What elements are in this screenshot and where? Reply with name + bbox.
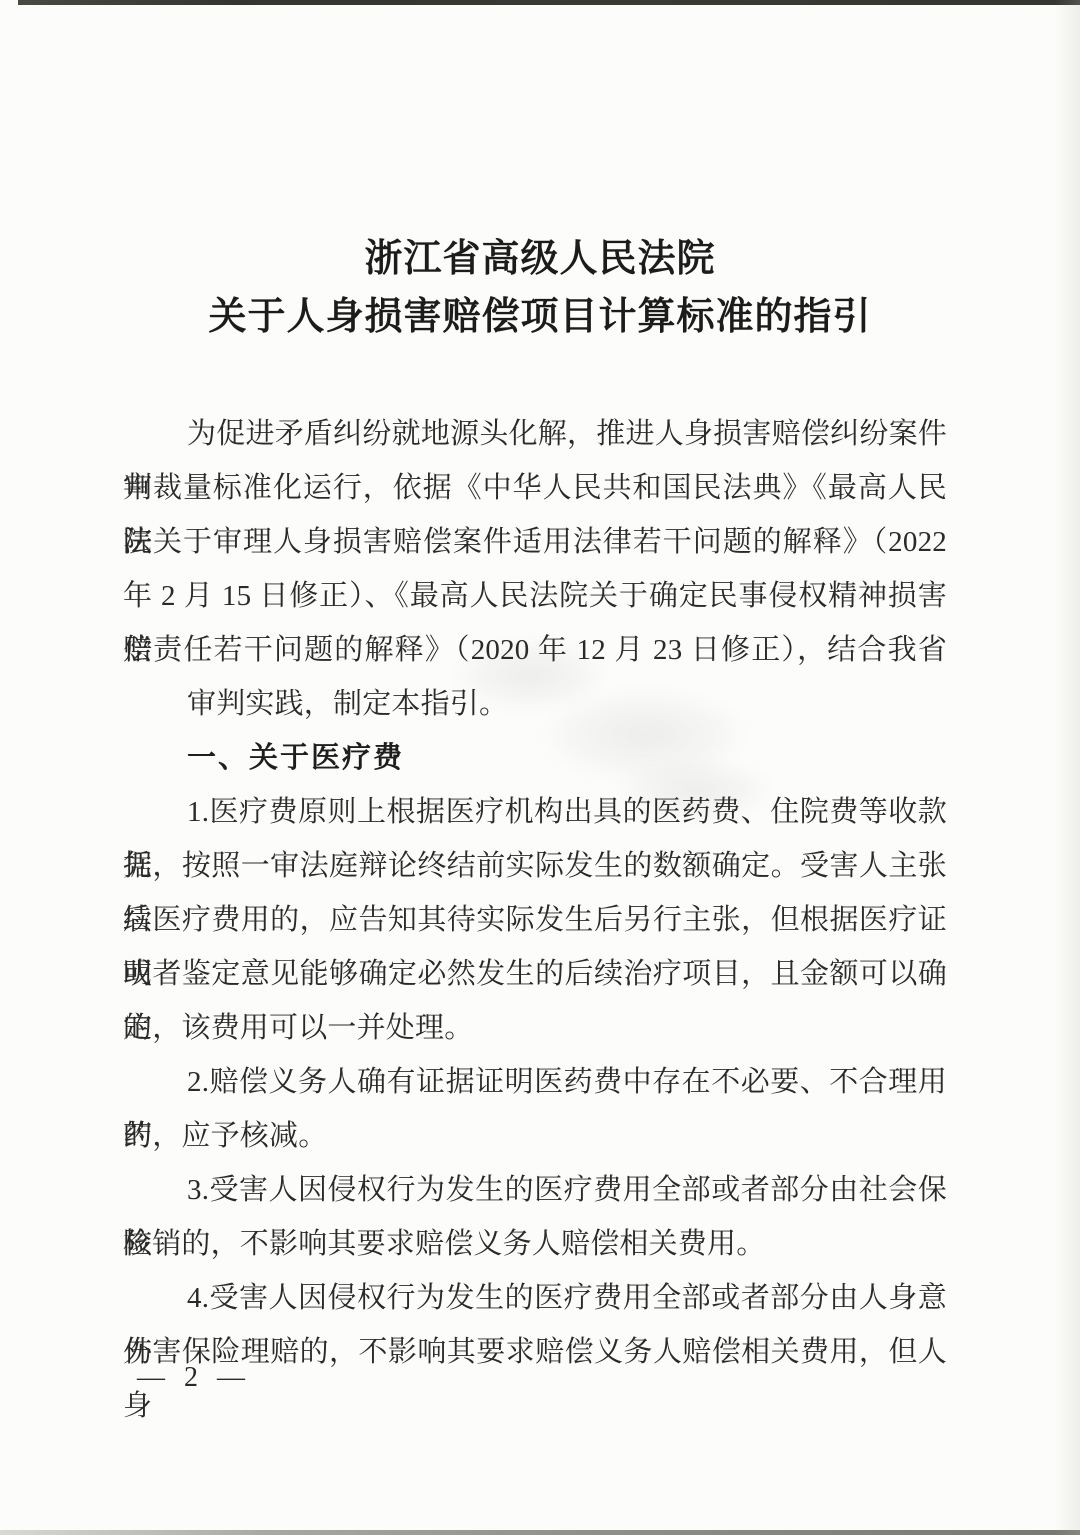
body-line: 4.受害人因侵权行为发生的医疗费用全部或者部分由人身意外: [123, 1271, 947, 1325]
body-line: 的，该费用可以一并处理。: [123, 1001, 947, 1055]
scan-artifact-top-edge: [18, 0, 1080, 5]
document-body: 为促进矛盾纠纷就地源头化解，推进人身损害赔偿纠纷案件审 判裁量标准化运行，依据《…: [123, 407, 947, 1379]
body-line: 院关于审理人身损害赔偿案件适用法律若干问题的解释》（2022: [123, 515, 947, 569]
body-line: 或者鉴定意见能够确定必然发生的后续治疗项目，且金额可以确定: [123, 947, 947, 1001]
body-line: 判裁量标准化运行，依据《中华人民共和国民法典》《最高人民法: [123, 461, 947, 515]
page-number: — 2 —: [137, 1362, 251, 1394]
document-title-line-1: 浙江省高级人民法院: [0, 230, 1080, 288]
body-line: 续医疗费用的，应告知其待实际发生后另行主张，但根据医疗证明: [123, 893, 947, 947]
document-title: 浙江省高级人民法院 关于人身损害赔偿项目计算标准的指引: [0, 230, 1080, 346]
body-line: 1.医疗费原则上根据医疗机构出具的医药费、住院费等收款凭: [123, 785, 947, 839]
body-line: 的，应予核减。: [123, 1109, 947, 1163]
section-heading: 一、关于医疗费: [123, 731, 947, 785]
body-line: 据，按照一审法庭辩论终结前实际发生的数额确定。受害人主张后: [123, 839, 947, 893]
body-line: 为促进矛盾纠纷就地源头化解，推进人身损害赔偿纠纷案件审: [123, 407, 947, 461]
body-line: 核销的，不影响其要求赔偿义务人赔偿相关费用。: [123, 1217, 947, 1271]
body-line: 偿责任若干问题的解释》（2020 年 12 月 23 日修正），结合我省: [123, 623, 947, 677]
body-line: 3.受害人因侵权行为发生的医疗费用全部或者部分由社会保险: [123, 1163, 947, 1217]
body-line: 年 2 月 15 日修正）、《最高人民法院关于确定民事侵权精神损害赔: [123, 569, 947, 623]
body-line: 2.赔偿义务人确有证据证明医药费中存在不必要、不合理用药: [123, 1055, 947, 1109]
body-line: 审判实践，制定本指引。: [123, 677, 947, 731]
scan-artifact-bottom-edge: [0, 1530, 1080, 1535]
document-title-line-2: 关于人身损害赔偿项目计算标准的指引: [0, 288, 1080, 346]
scanned-document-page: 浙江省高级人民法院 关于人身损害赔偿项目计算标准的指引 为促进矛盾纠纷就地源头化…: [0, 0, 1080, 1535]
